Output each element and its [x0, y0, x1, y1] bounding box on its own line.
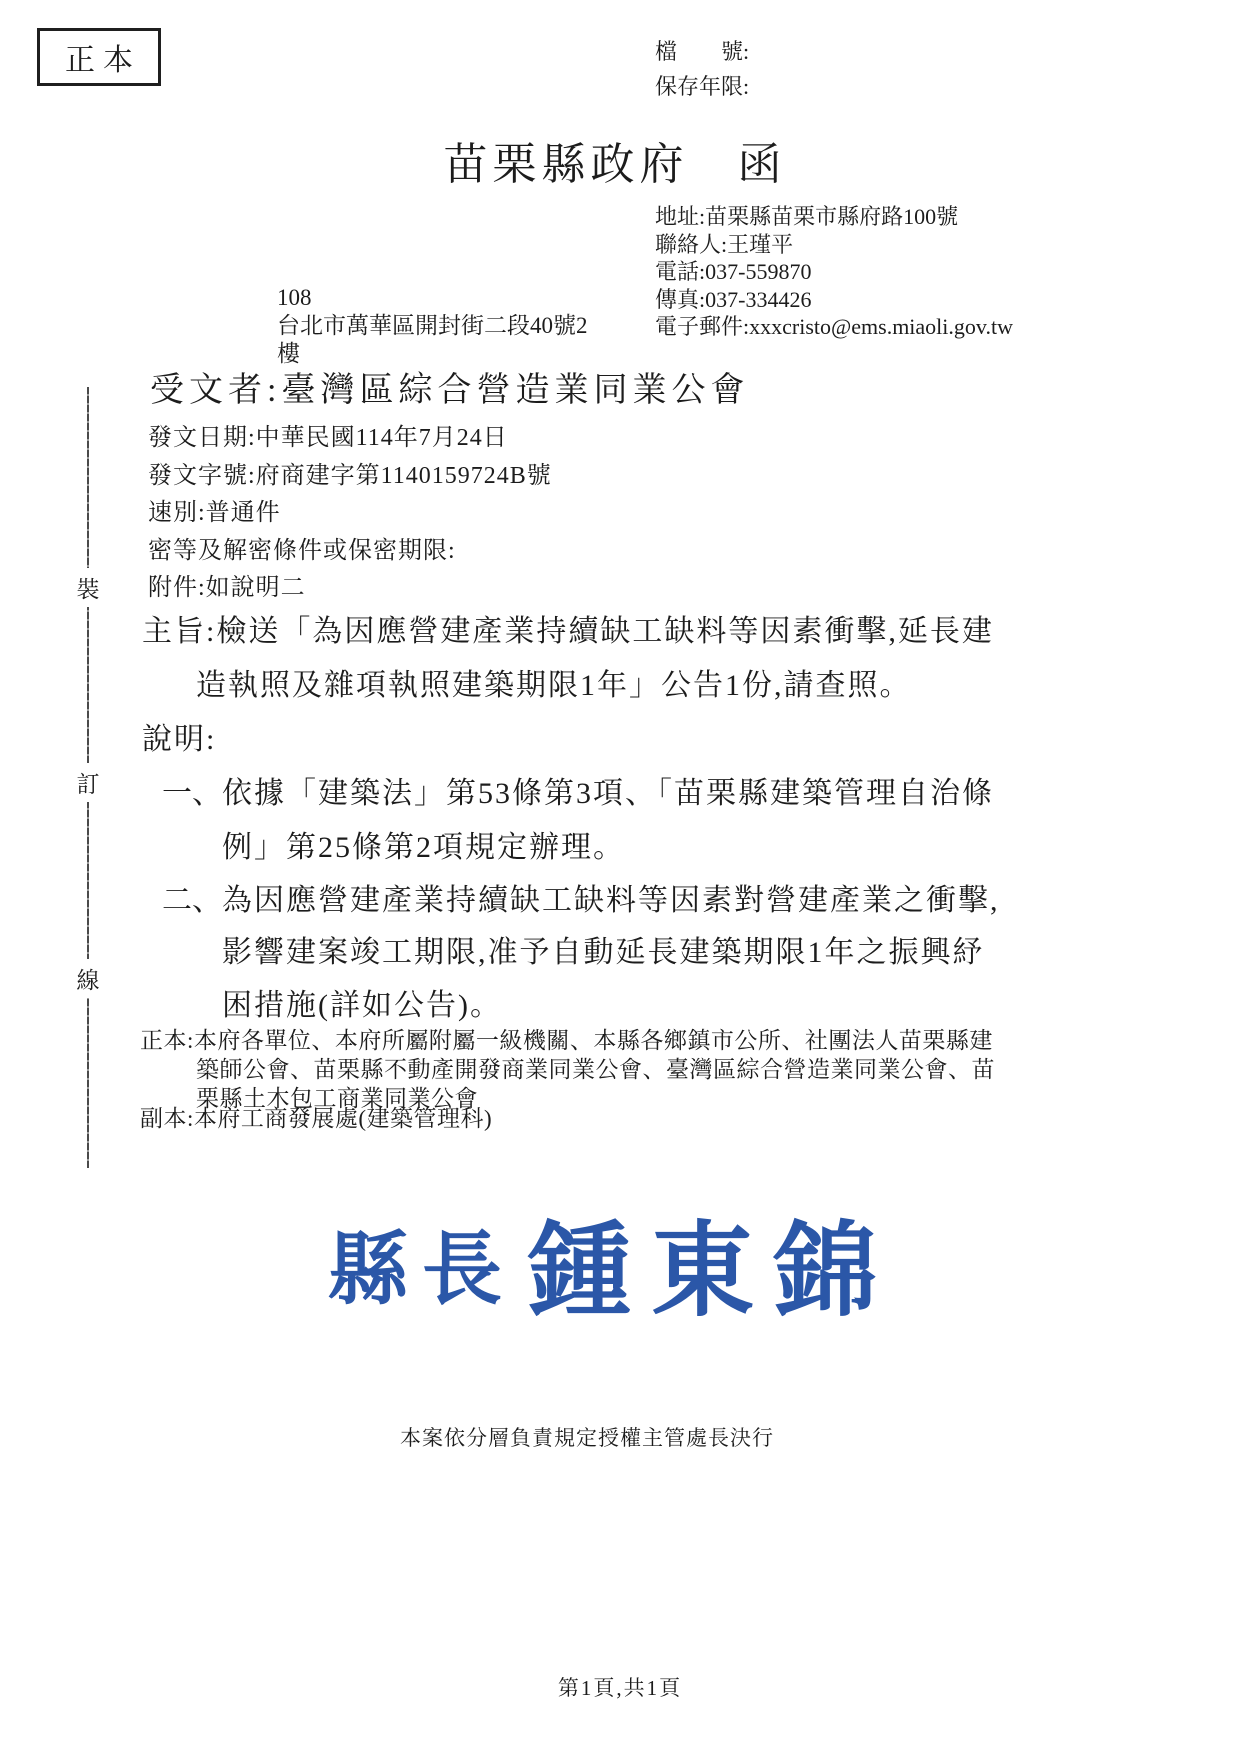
issue-date-line: 發文日期:中華民國114年7月24日	[148, 420, 552, 458]
speed-line: 速別:普通件	[148, 495, 552, 533]
magistrate-title: 縣長	[328, 1205, 516, 1320]
binding-mark-xian: 線	[75, 959, 101, 998]
document-title: 苗栗縣政府 函	[444, 128, 787, 192]
explanation-heading: 說明:	[142, 714, 216, 758]
explanation-item2-marker: 二、	[162, 875, 222, 919]
doc-number-line: 發文字號:府商建字第1140159724B號	[148, 458, 552, 496]
delegation-note: 本案依分層負責規定授權主管處長決行	[400, 1422, 774, 1452]
recipient-line: 受文者:臺灣區綜合營造業同業公會	[150, 362, 749, 411]
file-header-block: 檔 號: 保存年限:	[655, 34, 749, 104]
official-letter-page: 正本 檔 號: 保存年限: 苗栗縣政府 函 地址:苗栗縣苗栗市縣府路100號 聯…	[0, 0, 1240, 1754]
binding-mark-ding: 訂	[75, 763, 101, 802]
explanation-item2-line2: 影響建案竣工期限,准予自動延長建築期限1年之振興紓	[222, 927, 985, 971]
explanation-item2-line3: 困措施(詳如公告)。	[222, 980, 502, 1024]
magistrate-name: 鍾東錦	[528, 1188, 897, 1336]
contact-phone: 電話:037-559870	[655, 258, 1013, 286]
explanation-item1-line2: 例」第25條第2項規定辦理。	[222, 822, 625, 866]
attachment-line: 附件:如說明二	[148, 570, 552, 608]
explanation-item1-line1: 依據「建築法」第53條第3項、「苗栗縣建築管理自治條	[222, 768, 994, 812]
meta-block: 發文日期:中華民國114年7月24日 發文字號:府商建字第1140159724B…	[148, 420, 552, 608]
explanation-item1-marker: 一、	[162, 768, 222, 812]
security-line: 密等及解密條件或保密期限:	[148, 533, 552, 571]
retention-period-label: 保存年限:	[655, 69, 749, 104]
page-number-footer: 第1頁,共1頁	[558, 1672, 682, 1702]
contact-email: 電子郵件:xxxcristo@ems.miaoli.gov.tw	[655, 313, 1013, 341]
binding-mark-zhuang: 裝	[75, 568, 101, 607]
street-address: 台北市萬華區開封街二段40號2	[277, 312, 588, 340]
mailing-address-block: 108 台北市萬華區開封街二段40號2 樓	[277, 284, 588, 368]
contact-fax: 傳真:037-334426	[655, 286, 1013, 314]
postal-code: 108	[277, 284, 588, 312]
magistrate-signature: 縣長 鍾東錦	[328, 1196, 897, 1328]
copy-type-stamp: 正本	[37, 28, 161, 86]
file-number-label: 檔 號:	[655, 34, 749, 69]
explanation-item2-line1: 為因應營建產業持續缺工缺料等因素對營建產業之衝擊,	[222, 875, 1000, 919]
subject-line-1: 主旨:檢送「為因應營建產業持續缺工缺料等因素衝擊,延長建	[142, 606, 994, 650]
contact-person: 聯絡人:王瑾平	[655, 231, 1013, 259]
subject-line-2: 造執照及雜項執照建築期限1年」公告1份,請查照。	[196, 660, 912, 704]
contact-address: 地址:苗栗縣苗栗市縣府路100號	[655, 203, 1013, 231]
contact-block: 地址:苗栗縣苗栗市縣府路100號 聯絡人:王瑾平 電話:037-559870 傳…	[655, 203, 1013, 341]
distribution-copy-line: 副本:本府工商發展處(建築管理科)	[140, 1100, 492, 1133]
